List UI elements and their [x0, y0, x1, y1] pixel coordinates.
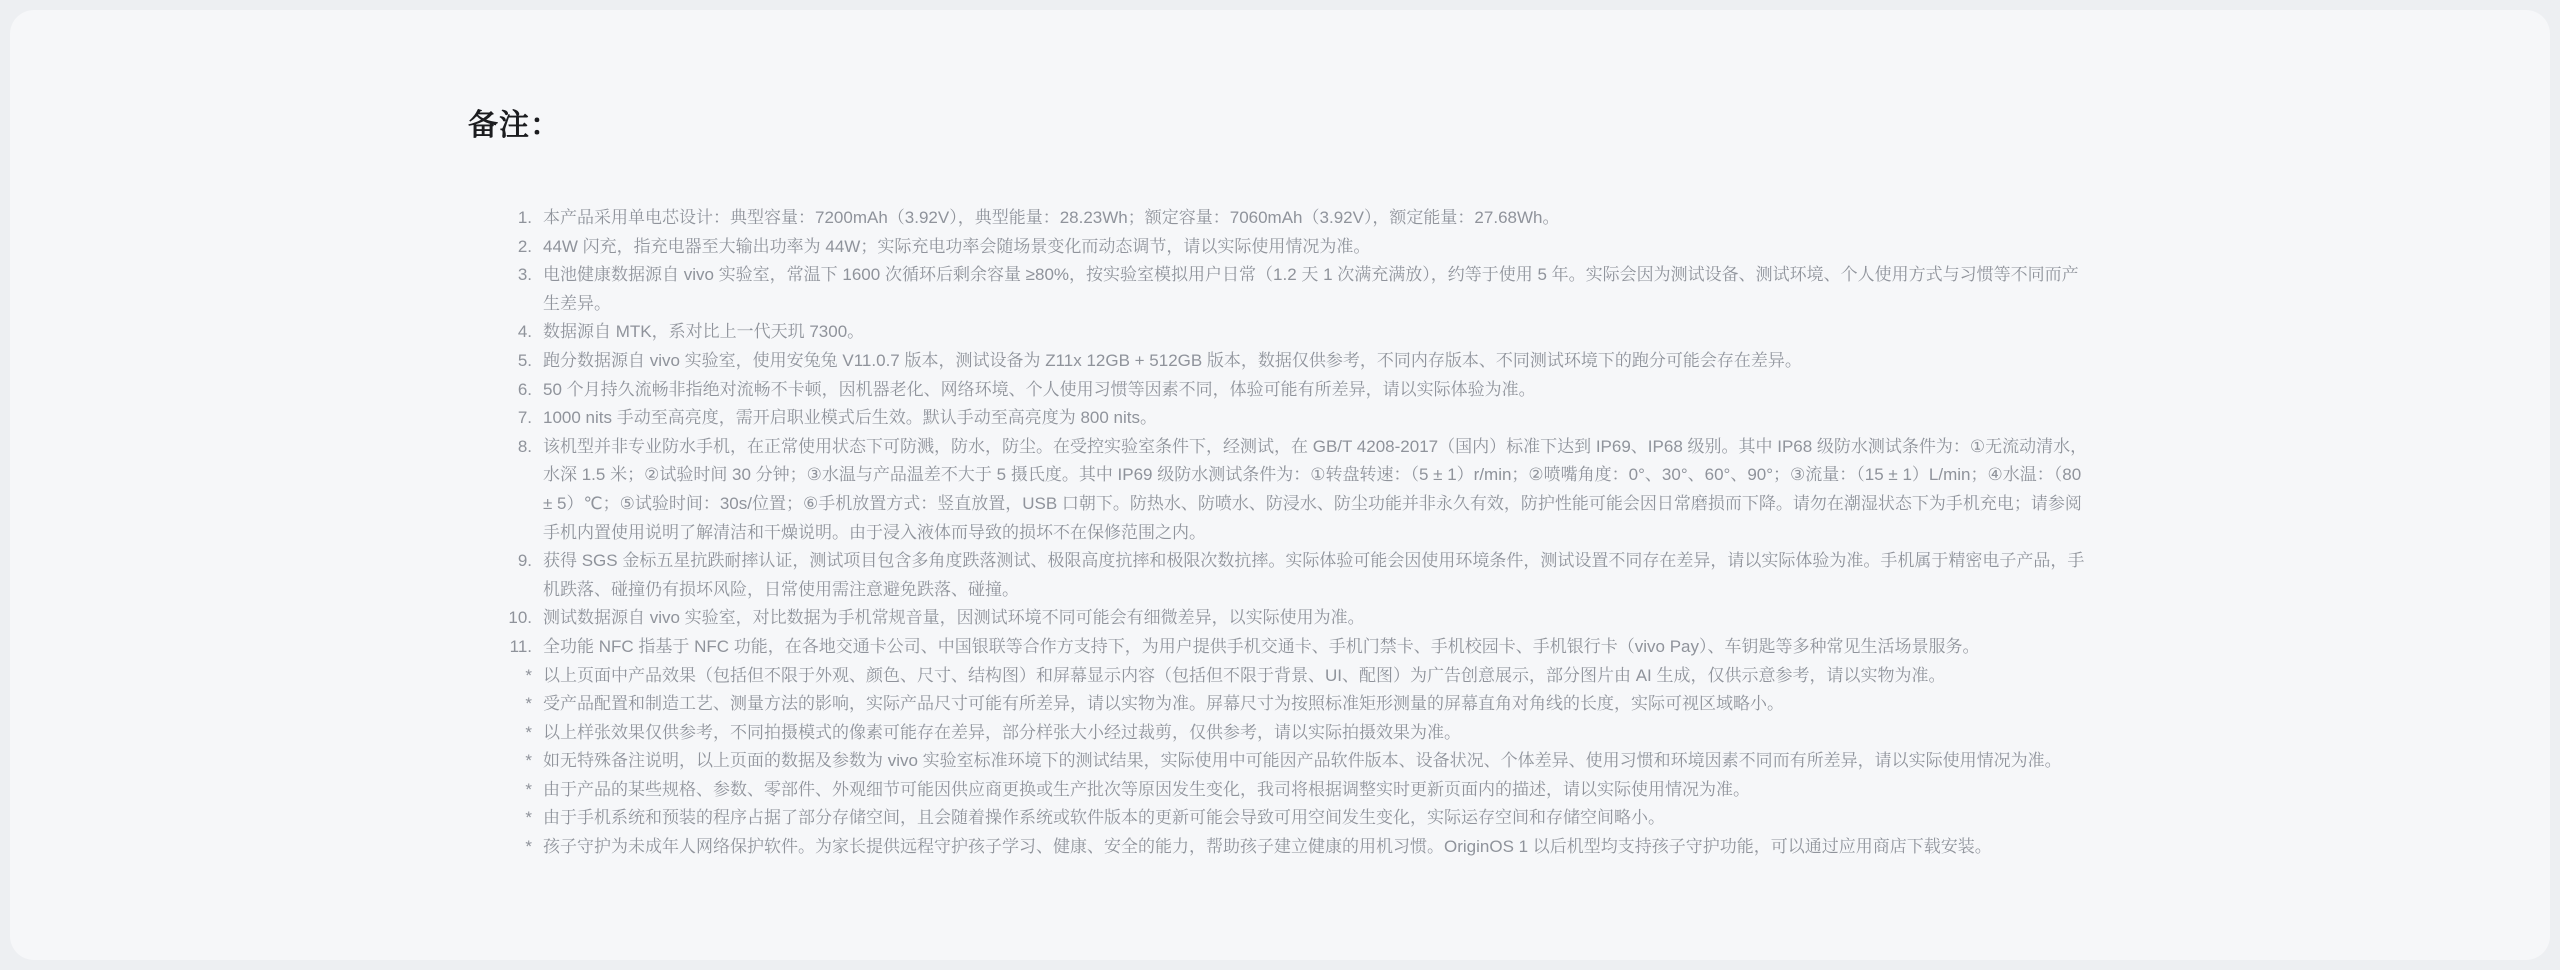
- note-item-text: 1000 nits 手动至高亮度，需开启职业模式后生效。默认手动至高亮度为 80…: [543, 404, 2093, 433]
- footnote-item-marker: *: [468, 690, 532, 719]
- note-item-marker: 9.: [468, 547, 532, 576]
- notes-card: 备注： 1.本产品采用单电芯设计：典型容量：7200mAh（3.92V），典型能…: [10, 10, 2550, 960]
- footnote-item-marker: *: [468, 804, 532, 833]
- footnote-item-text: 由于产品的某些规格、参数、零部件、外观细节可能因供应商更换或生产批次等原因发生变…: [543, 776, 2093, 805]
- note-item-marker: 11.: [468, 633, 532, 662]
- note-item-marker: 5.: [468, 347, 532, 376]
- footnote-item: *孩子守护为未成年人网络保护软件。为家长提供远程守护孩子学习、健康、安全的能力，…: [468, 833, 2093, 862]
- note-item: 3.电池健康数据源自 vivo 实验室，常温下 1600 次循环后剩余容量 ≥8…: [468, 261, 2093, 318]
- footnote-item: *受产品配置和制造工艺、测量方法的影响，实际产品尺寸可能有所差异，请以实物为准。…: [468, 690, 2093, 719]
- note-item-marker: 7.: [468, 404, 532, 433]
- footnote-item-marker: *: [468, 719, 532, 748]
- note-item: 4.数据源自 MTK，系对比上一代天玑 7300。: [468, 318, 2093, 347]
- note-item-marker: 1.: [468, 204, 532, 233]
- footnotes-list: *以上页面中产品效果（包括但不限于外观、颜色、尺寸、结构图）和屏幕显示内容（包括…: [468, 662, 2093, 862]
- note-item: 6.50 个月持久流畅非指绝对流畅不卡顿，因机器老化、网络环境、个人使用习惯等因…: [468, 376, 2093, 405]
- footnote-item-text: 由于手机系统和预装的程序占据了部分存储空间，且会随着操作系统或软件版本的更新可能…: [543, 804, 2093, 833]
- note-item-text: 测试数据源自 vivo 实验室，对比数据为手机常规音量，因测试环境不同可能会有细…: [543, 604, 2093, 633]
- note-item-marker: 6.: [468, 376, 532, 405]
- footnote-item-text: 孩子守护为未成年人网络保护软件。为家长提供远程守护孩子学习、健康、安全的能力，帮…: [543, 833, 2093, 862]
- footnote-item: *如无特殊备注说明，以上页面的数据及参数为 vivo 实验室标准环境下的测试结果…: [468, 747, 2093, 776]
- note-item-marker: 8.: [468, 433, 532, 462]
- footnote-item: *以上样张效果仅供参考，不同拍摄模式的像素可能存在差异，部分样张大小经过裁剪，仅…: [468, 719, 2093, 748]
- note-item: 9.获得 SGS 金标五星抗跌耐摔认证，测试项目包含多角度跌落测试、极限高度抗摔…: [468, 547, 2093, 604]
- note-item-text: 跑分数据源自 vivo 实验室，使用安兔兔 V11.0.7 版本，测试设备为 Z…: [543, 347, 2093, 376]
- footnote-item-marker: *: [468, 747, 532, 776]
- note-item-text: 该机型并非专业防水手机，在正常使用状态下可防溅，防水，防尘。在受控实验室条件下，…: [543, 433, 2093, 547]
- page-title: 备注：: [468, 104, 2170, 148]
- note-item: 2.44W 闪充，指充电器至大输出功率为 44W；实际充电功率会随场景变化而动态…: [468, 233, 2093, 262]
- footnote-item-text: 以上样张效果仅供参考，不同拍摄模式的像素可能存在差异，部分样张大小经过裁剪，仅供…: [543, 719, 2093, 748]
- note-item: 11.全功能 NFC 指基于 NFC 功能，在各地交通卡公司、中国银联等合作方支…: [468, 633, 2093, 662]
- note-item: 7.1000 nits 手动至高亮度，需开启职业模式后生效。默认手动至高亮度为 …: [468, 404, 2093, 433]
- footnote-item-marker: *: [468, 833, 532, 862]
- note-item-text: 获得 SGS 金标五星抗跌耐摔认证，测试项目包含多角度跌落测试、极限高度抗摔和极…: [543, 547, 2093, 604]
- footnote-item-text: 如无特殊备注说明，以上页面的数据及参数为 vivo 实验室标准环境下的测试结果，…: [543, 747, 2093, 776]
- footnote-item-text: 以上页面中产品效果（包括但不限于外观、颜色、尺寸、结构图）和屏幕显示内容（包括但…: [543, 662, 2093, 691]
- footnote-item: *由于手机系统和预装的程序占据了部分存储空间，且会随着操作系统或软件版本的更新可…: [468, 804, 2093, 833]
- note-item-marker: 4.: [468, 318, 532, 347]
- note-item: 8.该机型并非专业防水手机，在正常使用状态下可防溅，防水，防尘。在受控实验室条件…: [468, 433, 2093, 547]
- footnote-item: *由于产品的某些规格、参数、零部件、外观细节可能因供应商更换或生产批次等原因发生…: [468, 776, 2093, 805]
- note-item-text: 44W 闪充，指充电器至大输出功率为 44W；实际充电功率会随场景变化而动态调节…: [543, 233, 2093, 262]
- footnote-item-marker: *: [468, 776, 532, 805]
- note-item-text: 数据源自 MTK，系对比上一代天玑 7300。: [543, 318, 2093, 347]
- footnote-item-text: 受产品配置和制造工艺、测量方法的影响，实际产品尺寸可能有所差异，请以实物为准。屏…: [543, 690, 2093, 719]
- note-item-marker: 3.: [468, 261, 532, 290]
- note-item: 1.本产品采用单电芯设计：典型容量：7200mAh（3.92V），典型能量：28…: [468, 204, 2093, 233]
- note-item: 5.跑分数据源自 vivo 实验室，使用安兔兔 V11.0.7 版本，测试设备为…: [468, 347, 2093, 376]
- note-item-text: 本产品采用单电芯设计：典型容量：7200mAh（3.92V），典型能量：28.2…: [543, 204, 2093, 233]
- note-item: 10.测试数据源自 vivo 实验室，对比数据为手机常规音量，因测试环境不同可能…: [468, 604, 2093, 633]
- note-item-text: 50 个月持久流畅非指绝对流畅不卡顿，因机器老化、网络环境、个人使用习惯等因素不…: [543, 376, 2093, 405]
- footnote-item-marker: *: [468, 662, 532, 691]
- note-item-text: 电池健康数据源自 vivo 实验室，常温下 1600 次循环后剩余容量 ≥80%…: [543, 261, 2093, 318]
- note-item-text: 全功能 NFC 指基于 NFC 功能，在各地交通卡公司、中国银联等合作方支持下，…: [543, 633, 2093, 662]
- notes-list: 1.本产品采用单电芯设计：典型容量：7200mAh（3.92V），典型能量：28…: [468, 204, 2093, 662]
- note-item-marker: 2.: [468, 233, 532, 262]
- note-item-marker: 10.: [468, 604, 532, 633]
- footnote-item: *以上页面中产品效果（包括但不限于外观、颜色、尺寸、结构图）和屏幕显示内容（包括…: [468, 662, 2093, 691]
